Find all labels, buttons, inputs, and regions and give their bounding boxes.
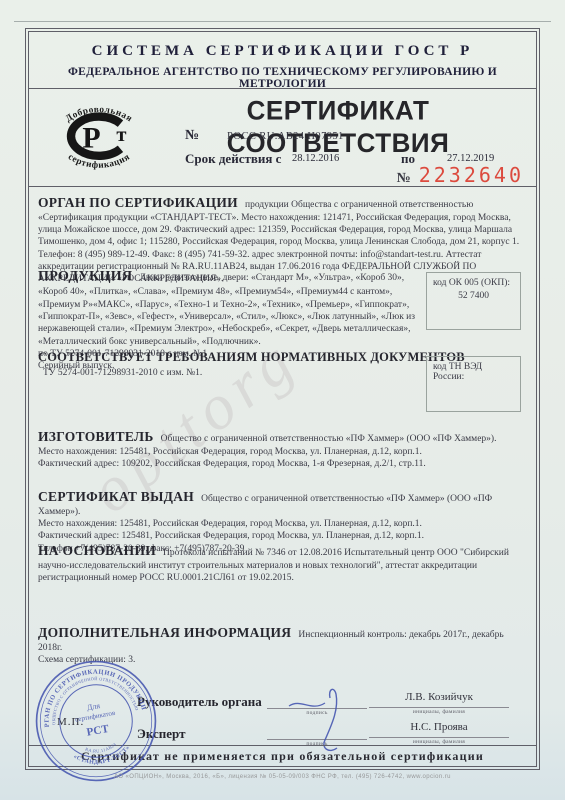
certification-stamp: ОРГАН ПО СЕРТИФИКАЦИИ ПРОДУКЦИИ ОБЩЕСТВО… (31, 656, 161, 786)
manufacturer-line3: Фактический адрес: 109202, Российская Фе… (38, 458, 527, 470)
issued-to-line3: Фактический адрес: 125481, Российская Фе… (38, 530, 527, 542)
page-title: СЕРТИФИКАТ СООТВЕТСТВИЯ (149, 95, 527, 159)
manufacturer-heading: ИЗГОТОВИТЕЛЬ (38, 429, 154, 444)
conformity-heading: СООТВЕТСТВУЕТ ТРЕБОВАНИЯМ НОРМАТИВНЫХ ДО… (38, 350, 465, 365)
stamp-accreditation: RA.RU.11АВ24 (84, 741, 119, 756)
issued-to-heading: СЕРТИФИКАТ ВЫДАН (38, 489, 194, 504)
okp-code-box: код ОК 005 (ОКП): 52 7400 (426, 272, 521, 330)
certificate-frame: opttorg СИСТЕМА СЕРТИФИКАЦИИ ГОСТ Р ФЕДЕ… (25, 28, 540, 770)
validity-label: Срок действия с (185, 151, 281, 167)
certificate-inner-frame: opttorg СИСТЕМА СЕРТИФИКАЦИИ ГОСТ Р ФЕДЕ… (28, 31, 537, 767)
number-sign: № (185, 128, 199, 144)
organ-heading: ОРГАН ПО СЕРТИФИКАЦИИ (38, 195, 238, 210)
stamp-center-line2: сертификатов (75, 709, 117, 724)
divider (29, 88, 536, 89)
products-heading: ПРОДУКЦИЯ (38, 269, 132, 284)
divider (29, 186, 536, 187)
basis-heading: НА ОСНОВАНИИ (38, 543, 156, 558)
okp-value: 52 7400 (433, 291, 514, 301)
tnved-label: код ТН ВЭД России: (433, 362, 482, 382)
agency-line: ФЕДЕРАЛЬНОЕ АГЕНТСТВО ПО ТЕХНИЧЕСКОМУ РЕ… (29, 66, 536, 90)
printer-fine-print: АО «ОПЦИОН», Москва, 2016, «Б», лицензия… (0, 774, 565, 780)
certificate-number-row: № РОСС RU.АВ24.Н07951 (29, 128, 536, 146)
blank-number: № 2232640 (397, 163, 524, 187)
okp-label: код ОК 005 (ОКП): (433, 278, 510, 288)
valid-from-date: 28.12.2016 (292, 153, 339, 164)
issued-to-line2: Место нахождения: 125481, Российская Фед… (38, 518, 527, 530)
stamp-pct-mark: РСТ (86, 723, 111, 739)
blank-number-digits: 2232640 (419, 163, 524, 187)
additional-heading: ДОПОЛНИТЕЛЬНАЯ ИНФОРМАЦИЯ (38, 625, 291, 640)
section-manufacturer: ИЗГОТОВИТЕЛЬОбщество с ограниченной отве… (38, 428, 527, 470)
stamp-center-line1: Для (86, 701, 101, 712)
scan-edge-line (14, 21, 551, 22)
conformity-text: ТУ 5274-001-71298931-2010 с изм. №1. (43, 367, 413, 379)
tnved-code-box: код ТН ВЭД России: (426, 356, 521, 412)
manufacturer-text: Общество с ограниченной ответственностью… (161, 434, 497, 444)
section-basis: НА ОСНОВАНИИПротокола испытаний № 7346 о… (38, 542, 527, 584)
blank-number-sign: № (397, 171, 411, 187)
system-line: СИСТЕМА СЕРТИФИКАЦИИ ГОСТ Р (29, 43, 536, 60)
products-text: Люки ревизионные, двери: «Стандарт М», «… (38, 273, 415, 347)
certificate-number: РОСС RU.АВ24.Н07951 (227, 131, 344, 142)
svg-text:RA.RU.11АВ24: RA.RU.11АВ24 (84, 741, 119, 756)
manufacturer-line2: Место нахождения: 125481, Российская Фед… (38, 446, 527, 458)
